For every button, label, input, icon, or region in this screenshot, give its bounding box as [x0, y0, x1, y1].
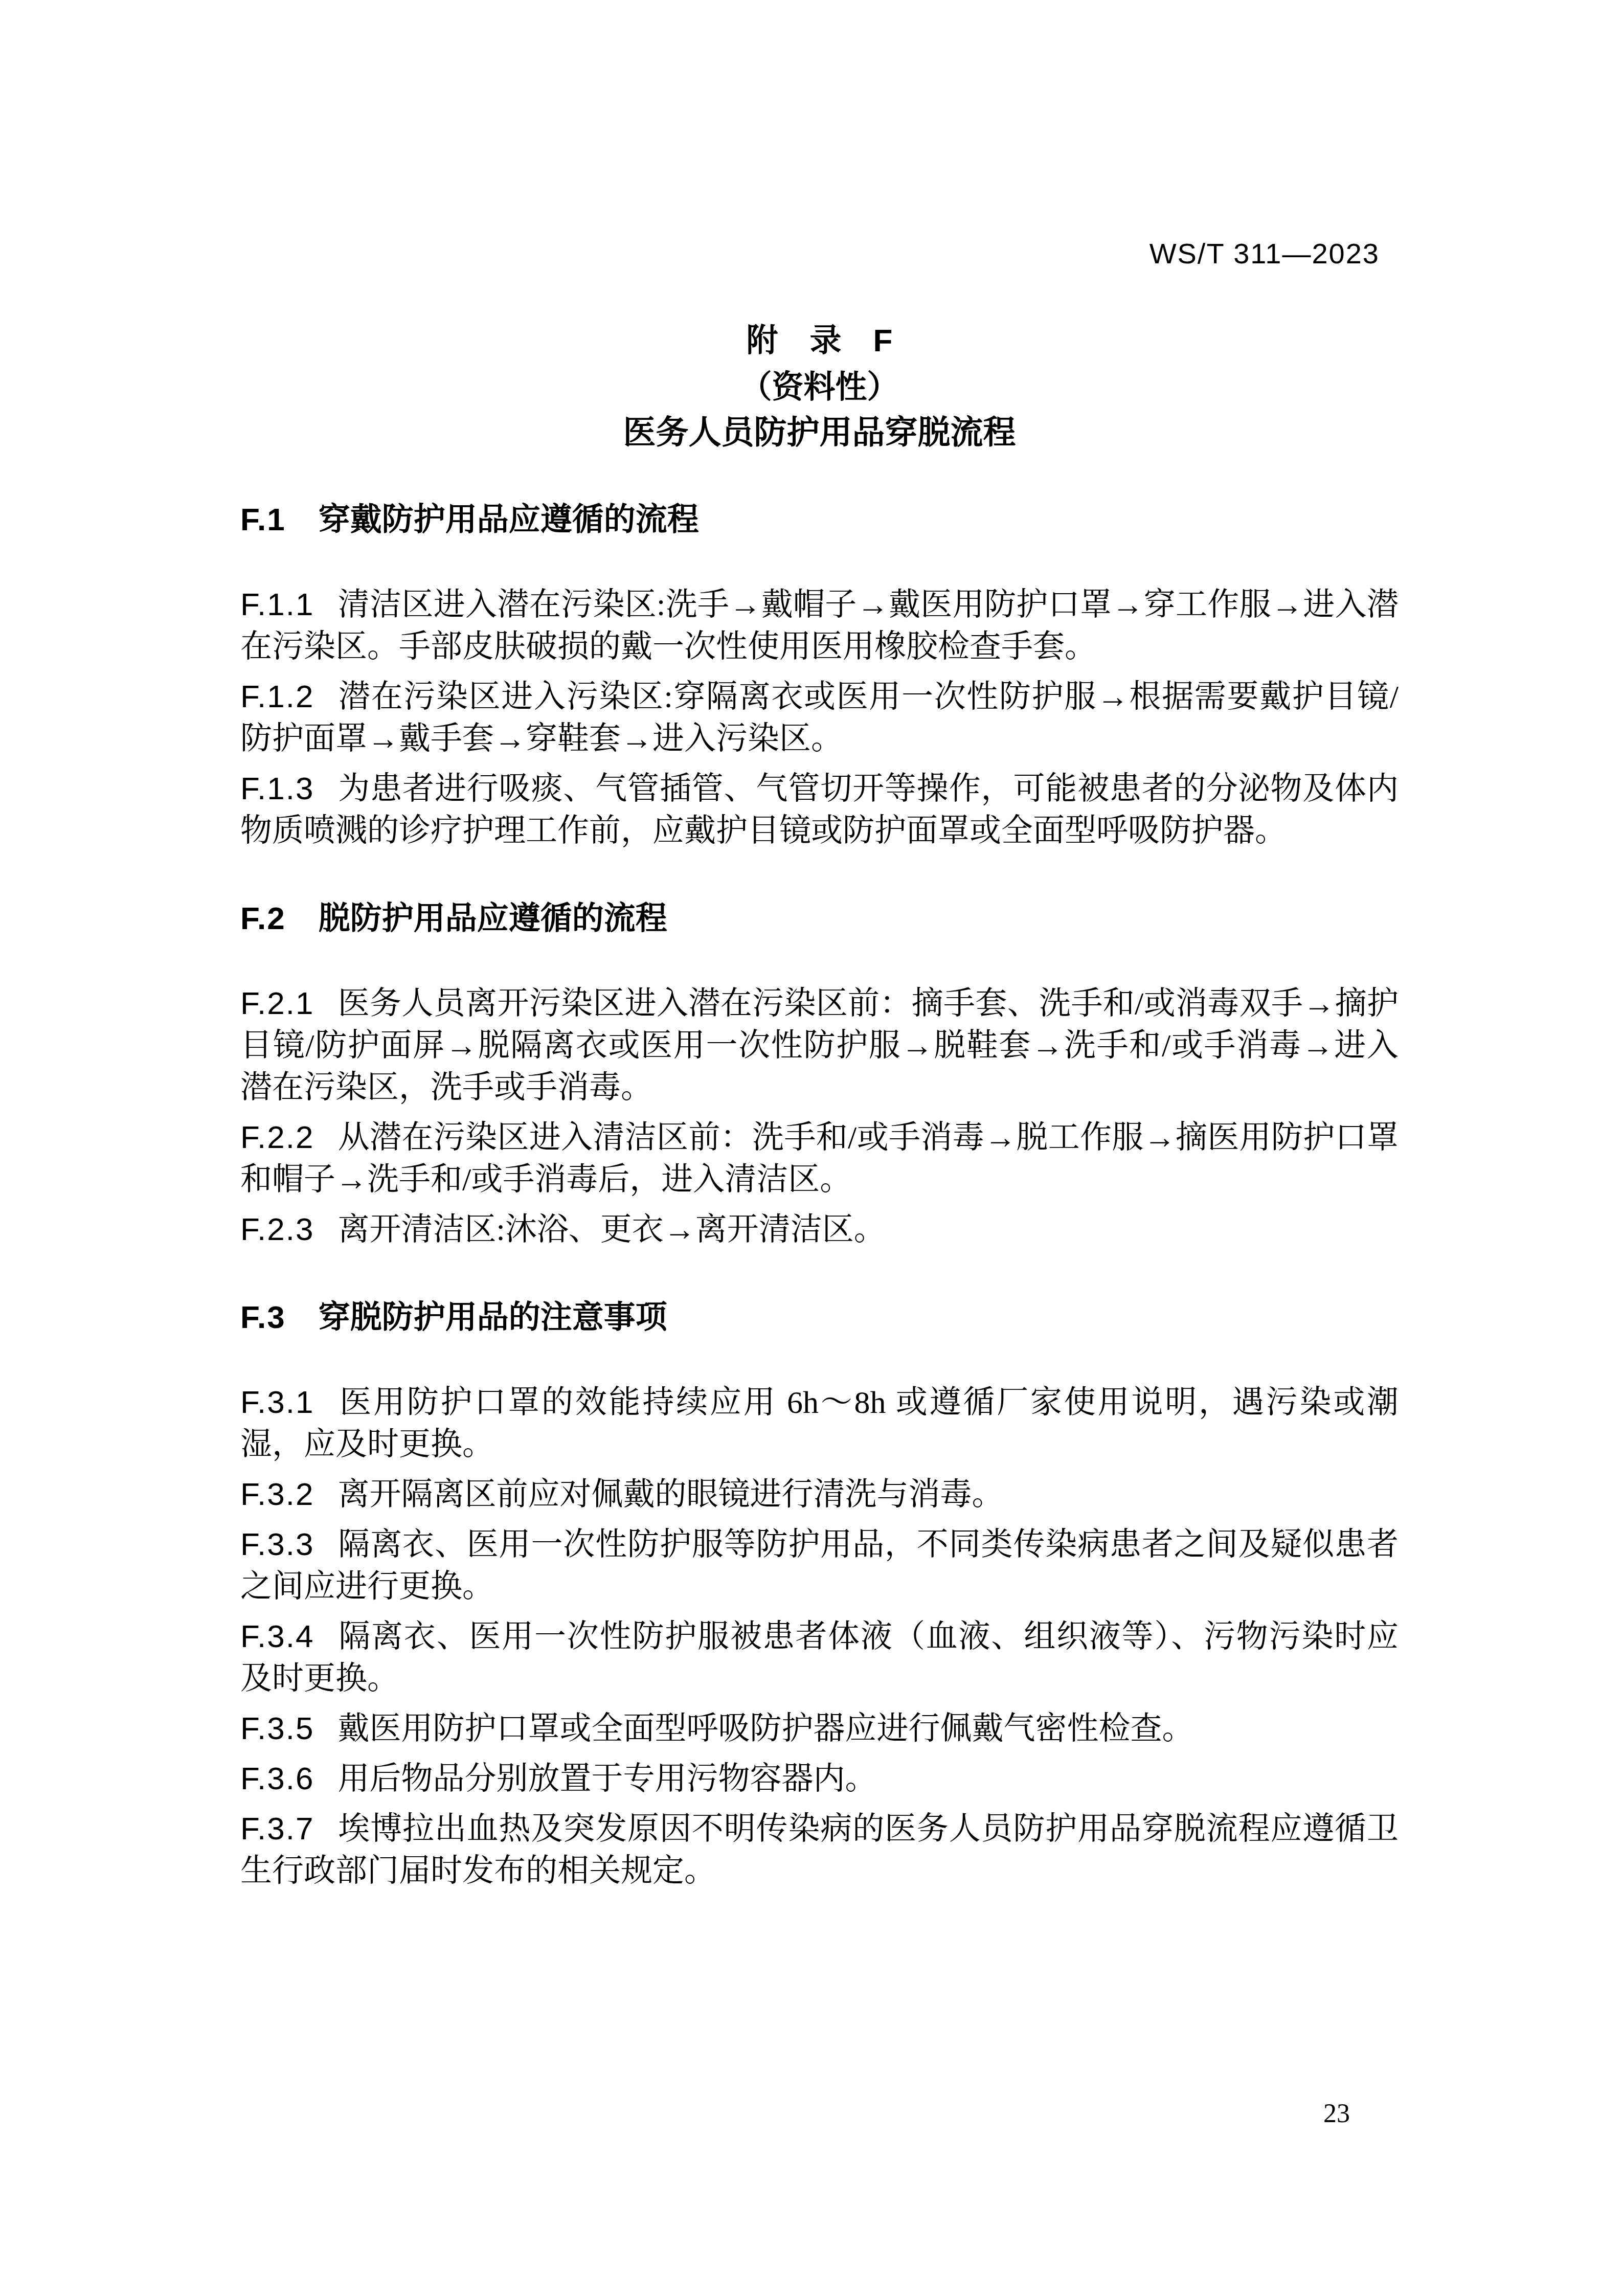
- clause-number: F.2.1: [240, 986, 314, 1021]
- clause-text: 用后物品分别放置于专用污物容器内。: [337, 1762, 876, 1796]
- clause-f1-3: F.1.3为患者进行吸痰、气管插管、气管切开等操作，可能被患者的分泌物及体内物质…: [240, 768, 1399, 852]
- section-heading-f3: F.3穿脱防护用品的注意事项: [240, 1297, 1399, 1339]
- clause-number: F.3.7: [240, 1811, 314, 1847]
- clause-text: 医务人员离开污染区进入潜在污染区前：摘手套、洗手和/或消毒双手→摘护目镜/防护面…: [240, 986, 1399, 1105]
- clause-text: 从潜在污染区进入清洁区前：洗手和/或手消毒→脱工作服→摘医用防护口罩和帽子→洗手…: [240, 1120, 1399, 1197]
- section-heading-f2: F.2脱防护用品应遵循的流程: [240, 898, 1399, 940]
- clause-f1-1: F.1.1清洁区进入潜在污染区:洗手→戴帽子→戴医用防护口罩→穿工作服→进入潜在…: [240, 584, 1399, 668]
- clause-f1-2: F.1.2潜在污染区进入污染区:穿隔离衣或医用一次性防护服→根据需要戴护目镜/防…: [240, 676, 1399, 760]
- clause-number: F.2.2: [240, 1120, 314, 1155]
- clause-text: 医用防护口罩的效能持续应用 6h～8h 或遵循厂家使用说明，遇污染或潮湿，应及时…: [240, 1385, 1399, 1462]
- clause-number: F.3.4: [240, 1619, 314, 1654]
- clause-number: F.3.5: [240, 1711, 314, 1746]
- section-number: F.2: [240, 901, 286, 936]
- clause-number: F.1.1: [240, 587, 314, 622]
- section-number: F.3: [240, 1300, 286, 1335]
- document-page: WS/T 311—2023 附 录 F （资料性） 医务人员防护用品穿脱流程 F…: [0, 0, 1623, 2296]
- section-title: 穿脱防护用品的注意事项: [319, 1300, 667, 1335]
- clause-text: 离开清洁区:沐浴、更衣→离开清洁区。: [337, 1212, 885, 1247]
- clause-text: 隔离衣、医用一次性防护服被患者体液（血液、组织液等）、污物污染时应及时更换。: [240, 1619, 1399, 1696]
- section-number: F.1: [240, 502, 286, 537]
- clause-text: 埃博拉出血热及突发原因不明传染病的医务人员防护用品穿脱流程应遵循卫生行政部门届时…: [240, 1812, 1399, 1888]
- clause-number: F.2.3: [240, 1212, 314, 1247]
- page-number: 23: [1323, 2099, 1350, 2129]
- clause-f2-2: F.2.2从潜在污染区进入清洁区前：洗手和/或手消毒→脱工作服→摘医用防护口罩和…: [240, 1117, 1399, 1201]
- clause-f3-2: F.3.2离开隔离区前应对佩戴的眼镜进行清洗与消毒。: [240, 1474, 1399, 1516]
- clause-text: 戴医用防护口罩或全面型呼吸防护器应进行佩戴气密性检查。: [337, 1712, 1193, 1746]
- clause-number: F.3.2: [240, 1477, 314, 1512]
- appendix-type-note: （资料性）: [240, 367, 1399, 409]
- clause-f3-5: F.3.5戴医用防护口罩或全面型呼吸防护器应进行佩戴气密性检查。: [240, 1708, 1399, 1750]
- clause-f3-6: F.3.6用后物品分别放置于专用污物容器内。: [240, 1758, 1399, 1800]
- appendix-title: 医务人员防护用品穿脱流程: [240, 411, 1399, 453]
- clause-text: 为患者进行吸痰、气管插管、气管切开等操作，可能被患者的分泌物及体内物质喷溅的诊疗…: [240, 772, 1399, 848]
- clause-f3-1: F.3.1医用防护口罩的效能持续应用 6h～8h 或遵循厂家使用说明，遇污染或潮…: [240, 1382, 1399, 1466]
- clause-number: F.3.6: [240, 1761, 314, 1796]
- clause-number: F.1.2: [240, 679, 314, 714]
- page-content: 附 录 F （资料性） 医务人员防护用品穿脱流程 F.1穿戴防护用品应遵循的流程…: [240, 0, 1399, 1892]
- clause-f3-3: F.3.3隔离衣、医用一次性防护服等防护用品，不同类传染病患者之间及疑似患者之间…: [240, 1524, 1399, 1608]
- clause-f2-3: F.2.3离开清洁区:沐浴、更衣→离开清洁区。: [240, 1209, 1399, 1251]
- clause-text: 隔离衣、医用一次性防护服等防护用品，不同类传染病患者之间及疑似患者之间应进行更换…: [240, 1527, 1399, 1604]
- clause-text: 离开隔离区前应对佩戴的眼镜进行清洗与消毒。: [337, 1477, 1003, 1512]
- appendix-label: 附 录 F: [240, 320, 1399, 362]
- clause-f2-1: F.2.1医务人员离开污染区进入潜在污染区前：摘手套、洗手和/或消毒双手→摘护目…: [240, 983, 1399, 1109]
- clause-number: F.3.1: [240, 1385, 314, 1420]
- section-title: 脱防护用品应遵循的流程: [319, 901, 667, 936]
- section-title: 穿戴防护用品应遵循的流程: [319, 502, 699, 537]
- clause-number: F.1.3: [240, 771, 314, 806]
- clause-f3-7: F.3.7埃博拉出血热及突发原因不明传染病的医务人员防护用品穿脱流程应遵循卫生行…: [240, 1808, 1399, 1892]
- section-heading-f1: F.1穿戴防护用品应遵循的流程: [240, 499, 1399, 541]
- clause-text: 潜在污染区进入污染区:穿隔离衣或医用一次性防护服→根据需要戴护目镜/防护面罩→戴…: [240, 680, 1399, 756]
- clause-text: 清洁区进入潜在污染区:洗手→戴帽子→戴医用防护口罩→穿工作服→进入潜在污染区。手…: [240, 588, 1399, 664]
- clause-number: F.3.3: [240, 1527, 314, 1562]
- clause-f3-4: F.3.4隔离衣、医用一次性防护服被患者体液（血液、组织液等）、污物污染时应及时…: [240, 1616, 1399, 1700]
